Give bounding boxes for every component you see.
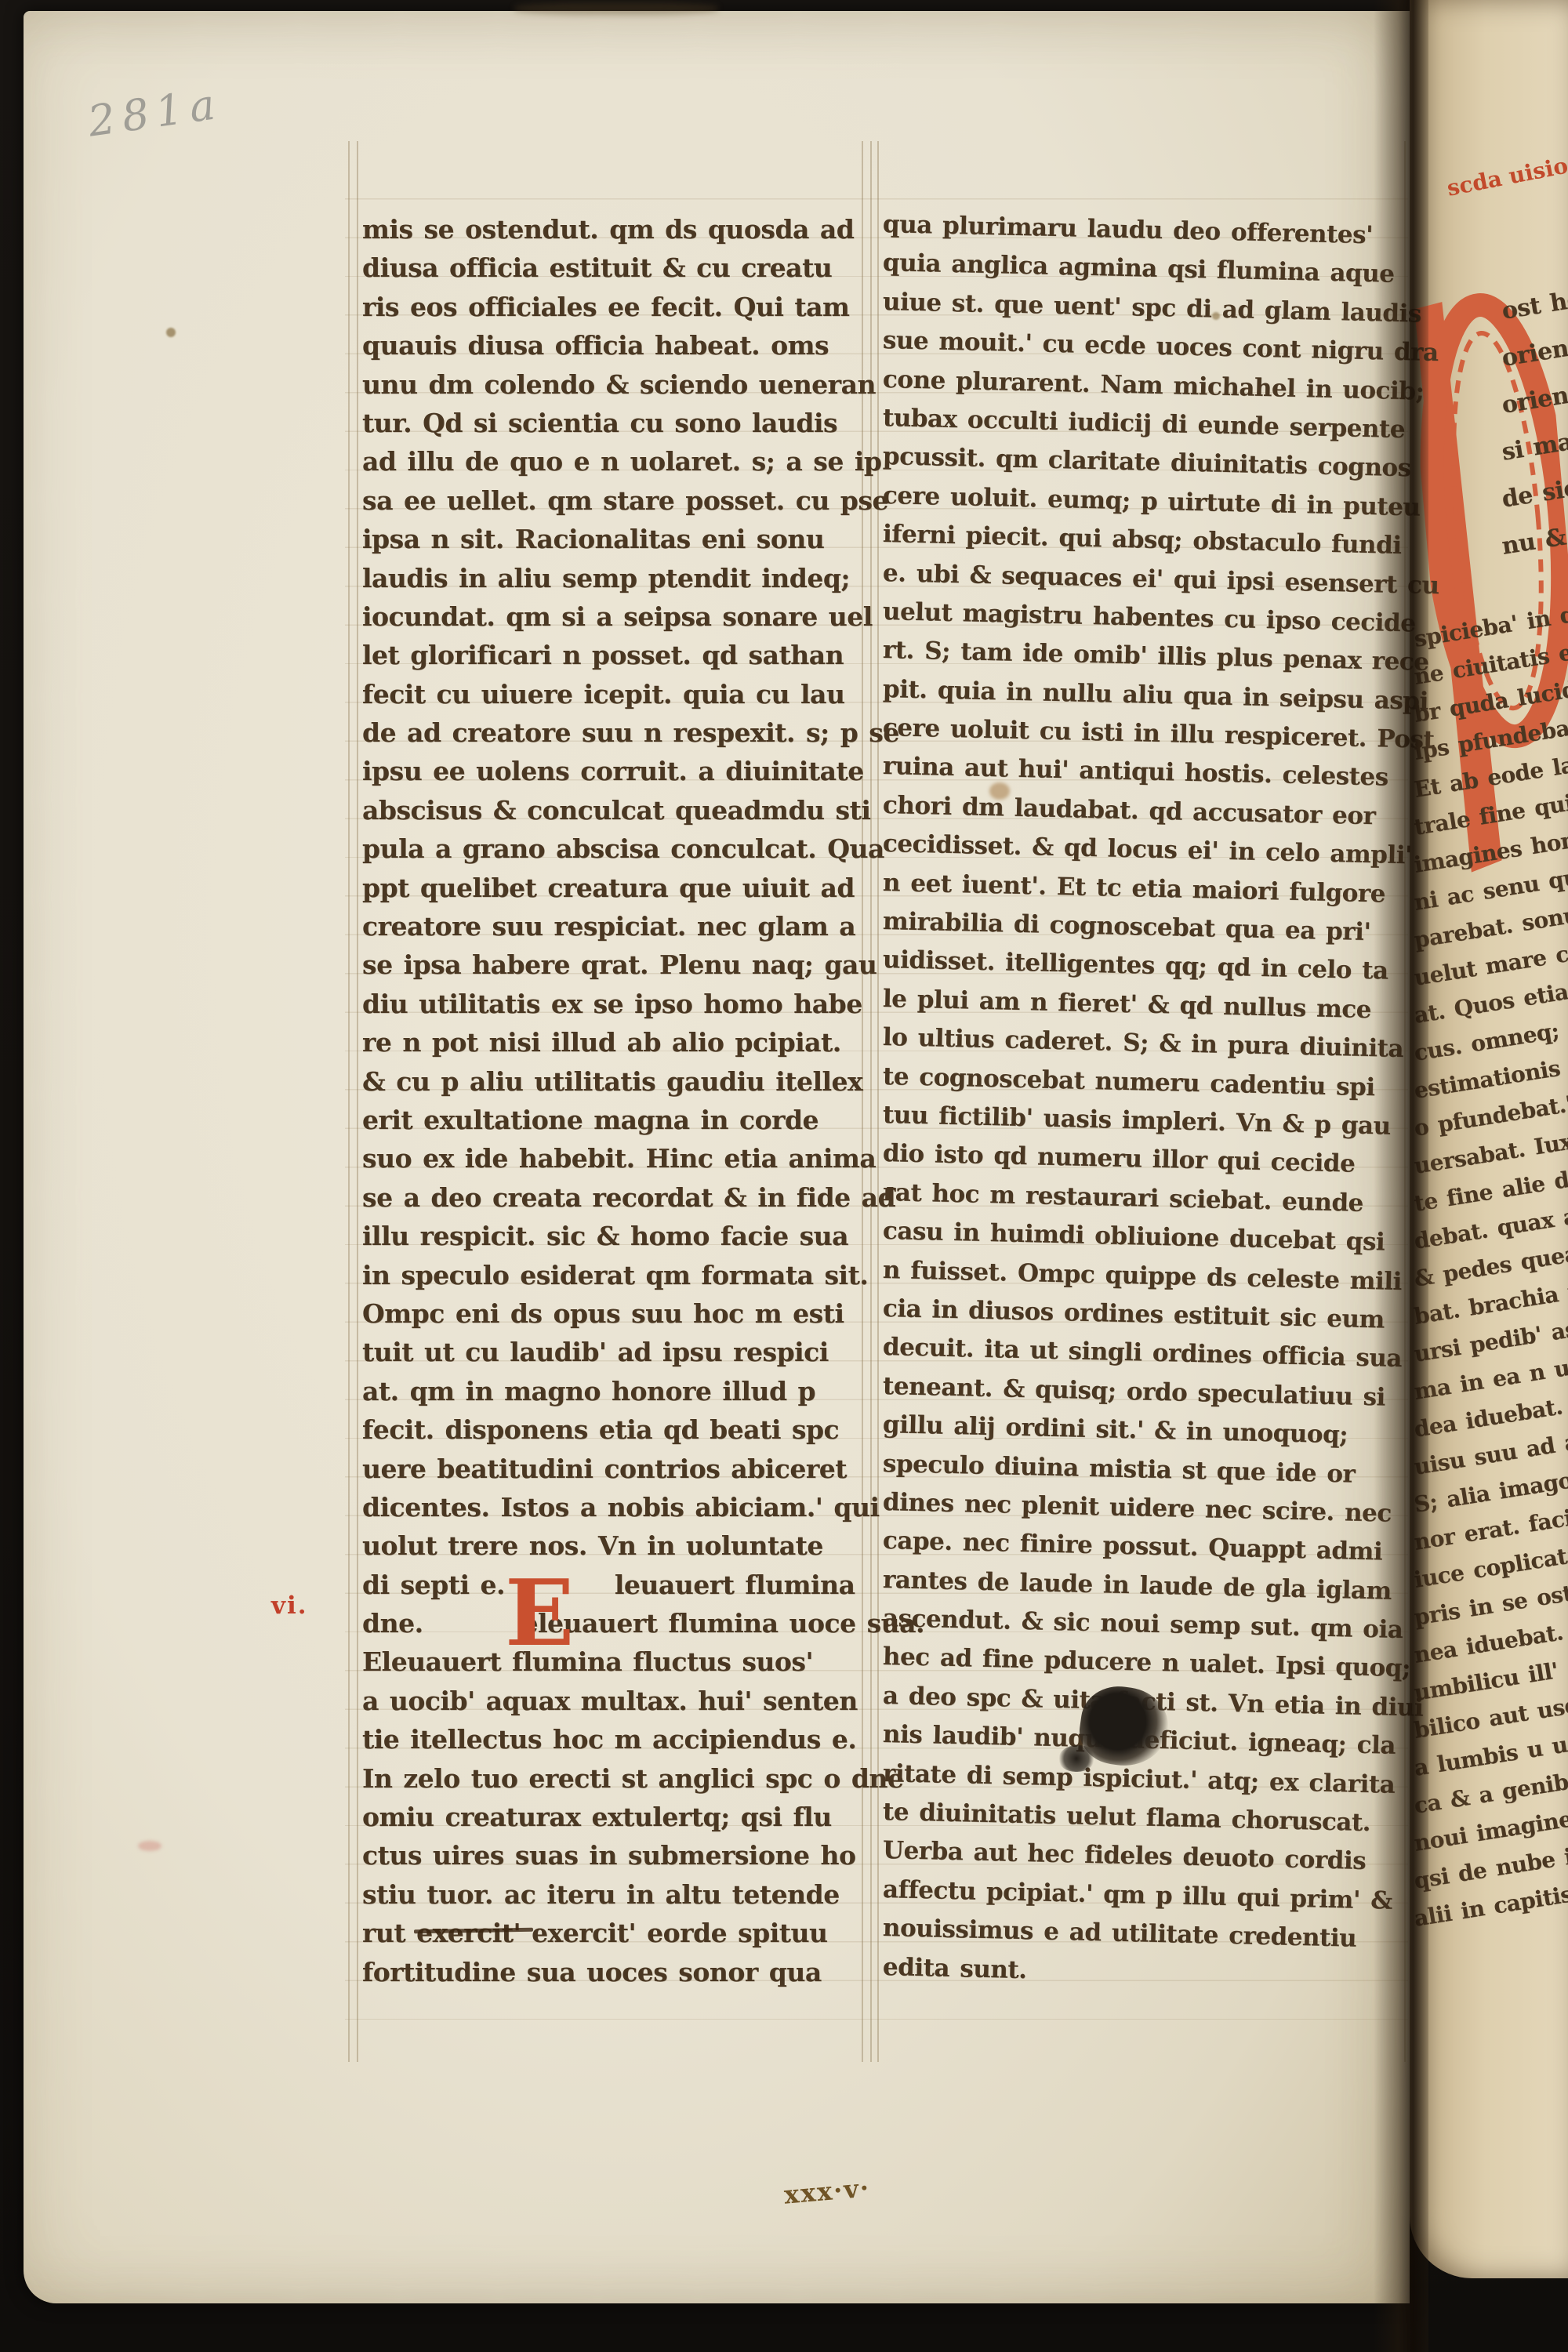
- text-line: fortitudine sua uoces sonor qua: [362, 1953, 873, 1991]
- rubric-heading: scda uisio tcie p: [1445, 138, 1568, 201]
- text-line: suo ex ide habebit. Hinc etia anima: [362, 1139, 873, 1178]
- text-line: tur. Qd si scientia cu sono laudis: [362, 404, 873, 442]
- text-line: fecit cu uiuere icepit. quia cu lau: [362, 675, 873, 713]
- text-line: ipsu ee uolens corruit. a diuinitate: [362, 752, 873, 790]
- ruling-vertical-line: [357, 141, 358, 2062]
- text-line: pula a grano abscisa conculcat. Qua: [362, 829, 873, 868]
- text-line: mis se ostendut. qm ds quosda ad: [362, 210, 873, 249]
- parchment-stain: [514, 2, 718, 15]
- text-line: stiu tuor. ac iteru in altu tetende: [362, 1875, 873, 1914]
- text-line: dne. eleuauert flumina uoce sua.: [362, 1604, 873, 1642]
- text-line: diusa officia estituit & cu creatu: [362, 249, 873, 287]
- text-line: tie itellectus hoc m accipiendus e.: [362, 1720, 873, 1759]
- text-line: let glorificari n posset. qd sathan: [362, 636, 873, 674]
- chapter-numeral: vi.: [271, 1592, 308, 1620]
- text-line: sa ee uellet. qm stare posset. cu pse: [362, 481, 873, 520]
- text-line: ad illu de quo e n uolaret. s; a se ip: [362, 442, 873, 481]
- text-line: & cu p aliu utilitatis gaudiu itellex: [362, 1062, 873, 1101]
- text-line: a uocib' aquax multax. hui' senten: [362, 1682, 873, 1720]
- text-line: ppt quelibet creatura que uiuit ad: [362, 869, 873, 907]
- text-line: di septi e. leuauert flumina: [362, 1566, 873, 1604]
- text-line: erit exultatione magna in corde: [362, 1101, 873, 1139]
- text-line: uere beatitudini contrios abiceret: [362, 1450, 873, 1488]
- text-line: se a deo creata recordat & in fide ad: [362, 1178, 873, 1217]
- ruling-vertical-line: [348, 141, 350, 2062]
- parchment-stain: [166, 328, 176, 337]
- text-line: creatore suu respiciat. nec glam a: [362, 907, 873, 946]
- facing-text-column-lower: spicieba' in quo tantu porta uene ciuita…: [1414, 621, 1568, 1938]
- text-line: Ompc eni ds opus suu hoc m esti: [362, 1294, 873, 1333]
- text-line: ctus uires suas in submersione ho: [362, 1836, 873, 1875]
- text-line: omiu creaturax extulertq; qsi flu: [362, 1798, 873, 1836]
- text-line: tuit ut cu laudib' ad ipsu respici: [362, 1333, 873, 1371]
- text-line: rut exercit' exercit' eorde spituu: [362, 1914, 873, 1952]
- text-line: ost hec in: [1498, 260, 1568, 336]
- text-line: ipsa n sit. Racionalitas eni sonu: [362, 520, 873, 558]
- text-line: quauis diusa officia habeat. oms: [362, 326, 873, 365]
- ink-blot-small: [1058, 1745, 1094, 1772]
- red-initial-E: E: [505, 1568, 574, 1659]
- left-text-column: mis se ostendut. qm ds quosda addiusa of…: [362, 210, 873, 1991]
- text-line: in speculo esiderat qm formata sit.: [362, 1256, 873, 1294]
- text-line: ris eos officiales ee fecit. Qui tam: [362, 288, 873, 326]
- facing-text-column-upper: ost hec inorientali scoriens icipsi marm…: [1502, 289, 1568, 571]
- text-line: laudis in aliu semp ptendit indeq;: [362, 559, 873, 597]
- text-line: re n pot nisi illud ab alio pcipiat.: [362, 1023, 873, 1062]
- text-line: se ipsa habere qrat. Plenu naq; gau: [362, 946, 873, 984]
- parchment-stain: [138, 1841, 162, 1851]
- text-line: iocundat. qm si a seipsa sonare uel: [362, 597, 873, 636]
- text-line: In zelo tuo erecti st anglici spc o dne: [362, 1759, 873, 1798]
- text-line: dicentes. Istos a nobis abiciam.' qui: [362, 1488, 873, 1526]
- text-line: diu utilitatis ex se ipso homo habe: [362, 985, 873, 1023]
- text-line: de ad creatore suu n respexit. s; p se: [362, 713, 873, 752]
- text-line: fecit. disponens etia qd beati spc: [362, 1410, 873, 1449]
- photo-backdrop: scda uisio tcie p ost hec inorientali sc…: [0, 0, 1568, 2352]
- text-line: illu respicit. sic & homo facie sua: [362, 1217, 873, 1255]
- text-line: Eleuauert flumina fluctus suos': [362, 1642, 873, 1681]
- text-line: unu dm colendo & sciendo ueneran: [362, 365, 873, 404]
- text-line: at. qm in magno honore illud p: [362, 1372, 873, 1410]
- text-line: abscisus & conculcat queadmdu sti: [362, 791, 873, 829]
- text-line: uolut trere nos. Vn in uoluntate: [362, 1526, 873, 1565]
